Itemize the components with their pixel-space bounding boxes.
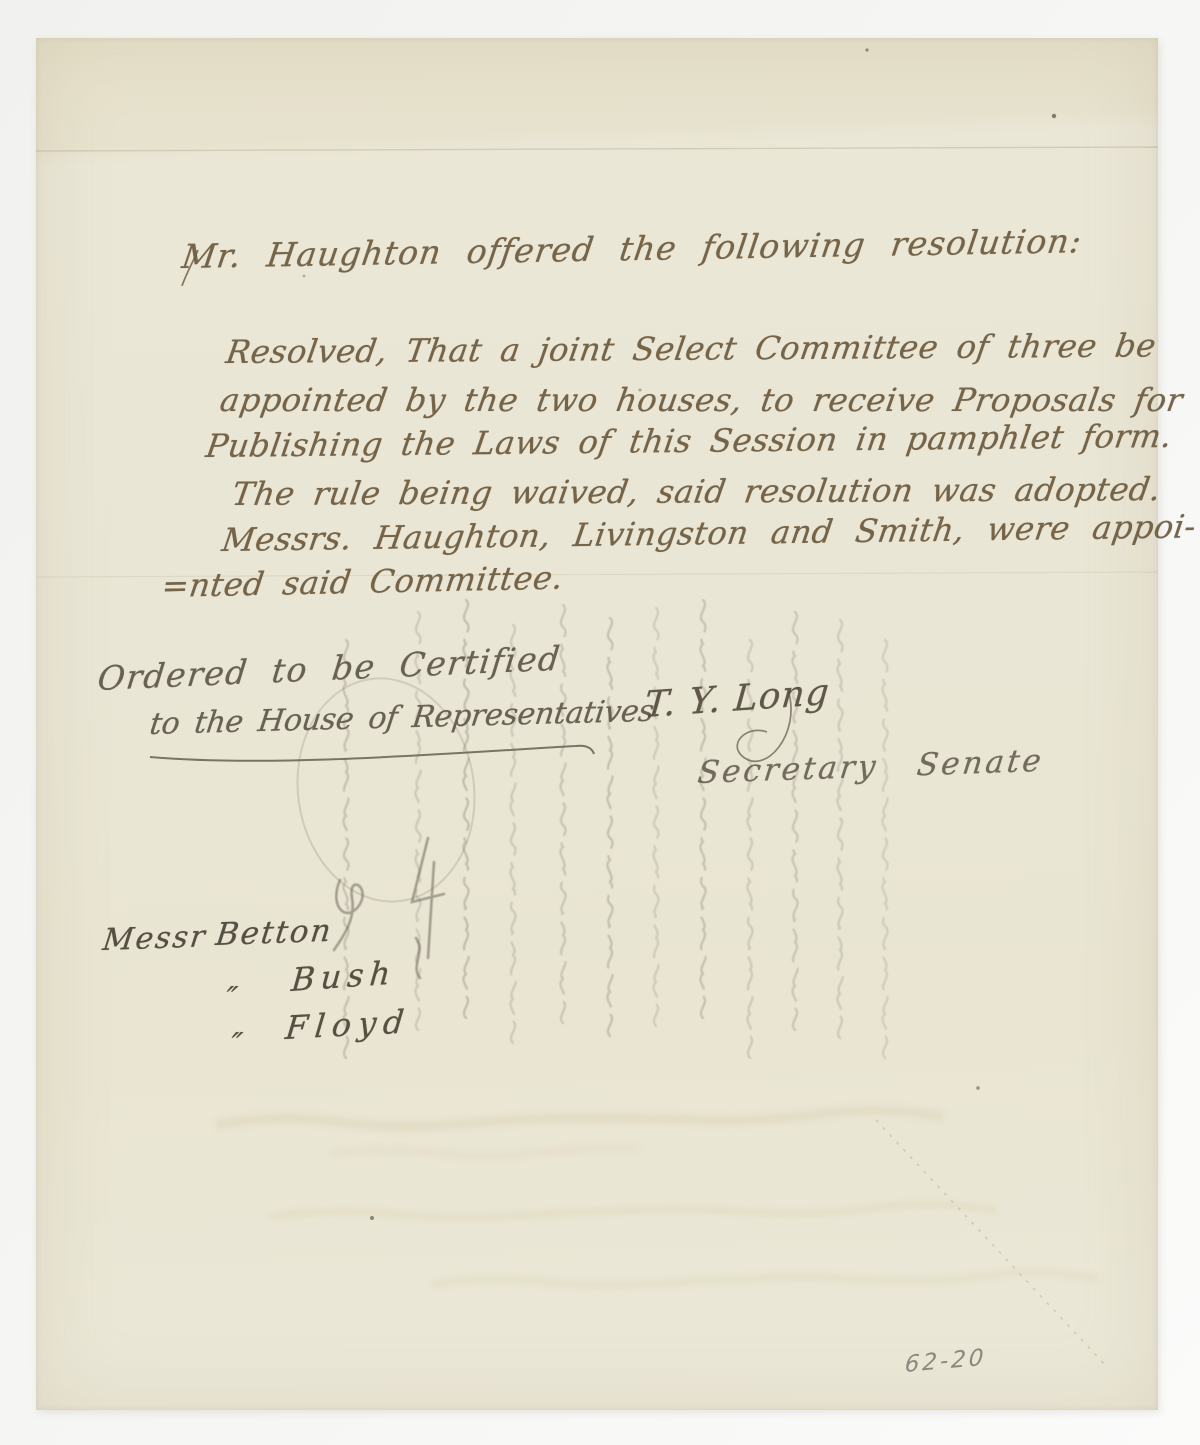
diagonal-crease [876,1120,1108,1368]
resolution-heading: Mr. Haughton offered the following resol… [180,224,1084,273]
document-paper: Mr. Haughton offered the following resol… [36,38,1158,1410]
annotation-underline-flourish [150,746,594,761]
secretary-title: Secretary Senate [696,746,1046,789]
clerk-annotation-line-2: to the House of Representatives [148,697,656,740]
member-prefix: ″ [228,1030,244,1060]
member-prefix: ″ [223,984,239,1014]
resolution-body-line: The rule being waived, said resolution w… [230,473,1163,510]
fold-crease-top [36,147,1158,151]
resolution-body-line: Resolved, That a joint Select Committee … [224,329,1158,368]
member-name: Bush [290,956,398,996]
scan-background: { "colors": { "paper": "#eae6d5", "scan_… [0,0,1200,1445]
resolution-body-line: Publishing the Laws of this Session in p… [204,420,1174,462]
member-name: Floyd [284,1005,412,1044]
bleedthrough-text-lines [220,1110,1094,1285]
resolution-body-line: appointed by the two houses, to receive … [218,384,1185,416]
archival-number-pencil: 62-20 [904,1347,987,1377]
member-prefix: Messr [101,922,208,956]
resolution-body-line: =nted said Committee. [160,561,566,602]
resolution-body-line: Messrs. Haughton, Livingston and Smith, … [220,510,1198,556]
member-name: Betton [214,916,334,951]
secretary-signature: T. Y. Long [643,675,831,724]
clerk-annotation-line-1: Ordered to be Certified [96,642,563,695]
